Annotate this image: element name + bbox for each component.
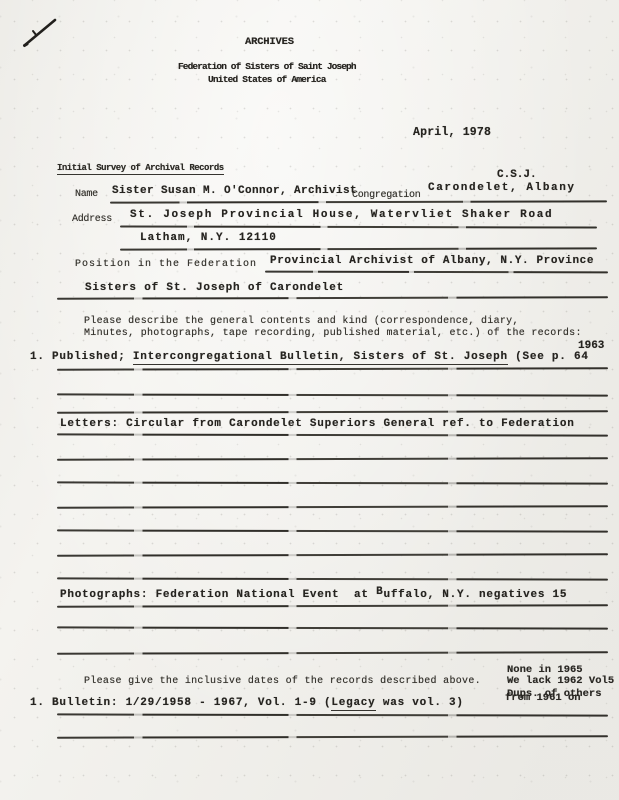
photographs-fill-in-line xyxy=(57,604,608,607)
organization-country: United States of America xyxy=(208,75,326,85)
address-value-line1: St. Joseph Provincial House, Watervliet … xyxy=(130,209,553,221)
dates-entry1-lead: 1. Bulletin: 1/29/1958 - 1967, Vol. 1-9 … xyxy=(30,697,331,709)
entry3-trail: uffalo, N.Y. negatives 15 xyxy=(383,589,567,601)
blank-line xyxy=(57,529,608,532)
document-date: April, 1978 xyxy=(413,127,491,140)
contents-prompt-line1: Please describe the general contents and… xyxy=(84,316,519,327)
position-value-line1: Provincial Archivist of Albany, N.Y. Pro… xyxy=(270,255,594,267)
organization-name: Federation of Sisters of Saint Joseph xyxy=(178,62,356,72)
contents-prompt-line2: Minutes, photographs, tape recording, pu… xyxy=(84,328,582,339)
congregation-label: Congregation xyxy=(352,190,420,201)
blank-line xyxy=(57,577,608,580)
blank-line xyxy=(57,367,608,370)
blank-line xyxy=(57,393,608,396)
entry1-underlined-title: Intercongregational Bulletin, Sisters of… xyxy=(133,351,508,365)
entry1-lead: 1. Published; xyxy=(30,351,133,363)
entry3-raised-letter: B xyxy=(376,586,383,598)
checkmark-icon xyxy=(18,14,62,52)
name-label: Name xyxy=(75,189,98,200)
blank-line xyxy=(57,626,608,629)
position-fill-in-line-2 xyxy=(57,296,608,299)
dates-entry1-underlined: Legacy xyxy=(331,697,375,711)
blank-line xyxy=(57,457,608,460)
dates-entry-bulletin: 1. Bulletin: 1/29/1958 - 1967, Vol. 1-9 … xyxy=(30,697,464,709)
name-value: Sister Susan M. O'Connor, Archivist xyxy=(112,185,357,197)
section-heading: Initial Survey of Archival Records xyxy=(57,164,224,175)
contents-entry-letters: Letters: Circular from Carondelet Superi… xyxy=(60,418,575,430)
dates-fill-in-line xyxy=(57,713,608,716)
blank-line xyxy=(57,505,608,508)
blank-line xyxy=(57,553,608,556)
margin-note-line4-overlapping: from 1961 on xyxy=(505,693,581,705)
dates-prompt: Please give the inclusive dates of the r… xyxy=(84,676,481,687)
blank-line xyxy=(57,651,608,654)
document-title: ARCHIVES xyxy=(245,37,294,49)
address-fill-in-line-2 xyxy=(120,247,597,250)
address-label: Address xyxy=(72,214,112,225)
congregation-order-value: C.S.J. xyxy=(497,169,537,181)
position-fill-in-line xyxy=(265,271,608,274)
position-value-line2: Sisters of St. Joseph of Carondelet xyxy=(85,282,344,294)
margin-note-line2: We lack 1962 Vol5 xyxy=(507,676,614,688)
dates-entry1-trail: was vol. 3) xyxy=(376,697,464,709)
contents-entry-photographs: Photographs: Federation National Event a… xyxy=(60,589,567,601)
letters-fill-in-line xyxy=(57,433,608,436)
blank-line xyxy=(57,481,608,484)
position-label: Position in the Federation xyxy=(75,259,257,270)
blank-line xyxy=(57,735,608,738)
blank-line xyxy=(57,410,608,413)
name-fill-in-line xyxy=(110,200,607,203)
contents-entry-published: 1. Published; Intercongregational Bullet… xyxy=(30,351,589,363)
entry3-lead: Photographs: Federation National Event a… xyxy=(60,589,376,601)
address-value-line2: Latham, N.Y. 12110 xyxy=(140,232,277,244)
address-fill-in-line xyxy=(120,226,597,229)
congregation-value: Carondelet, Albany xyxy=(428,182,576,194)
scanned-document-page: ARCHIVES Federation of Sisters of Saint … xyxy=(0,0,619,800)
entry1-trail: (See p. 64 xyxy=(508,351,589,363)
